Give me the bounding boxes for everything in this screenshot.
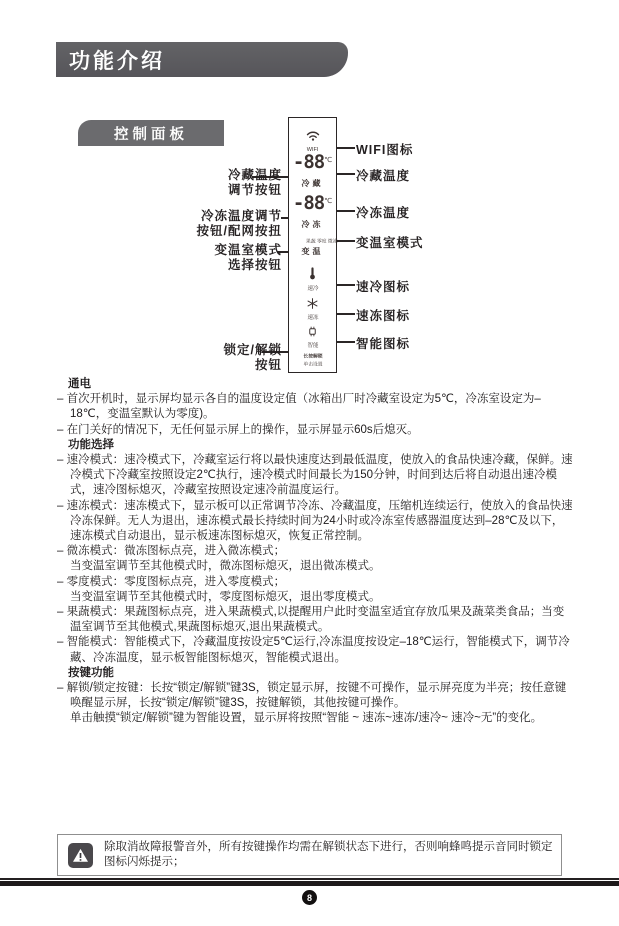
body-paragraph: – 解锁/锁定按键：长按“锁定/解锁”键3S，锁定显示屏，按键不可操作，显示屏亮…: [57, 681, 573, 711]
body-paragraph: – 微冻模式：微冻图标点亮，进入微冻模式；: [57, 544, 573, 559]
callout-line: [337, 240, 355, 242]
label-fridge-temp: 冷藏温度: [356, 166, 410, 184]
body-paragraph: – 速冻模式：速冻模式下，显示板可以正常调节冷冻、冷藏温度，压缩机连续运行，使放…: [57, 499, 573, 545]
body-paragraph: – 果蔬模式：果蔬图标点亮，进入果蔬模式,以提醒用户此时变温室适宜存放瓜果及蔬菜…: [57, 605, 573, 635]
body-paragraph: – 智能模式：智能模式下，冷藏温度按设定5℃运行,冷冻温度按设定–18℃运行，智…: [57, 635, 573, 665]
quick-freeze-text: 速冻: [289, 308, 336, 326]
footer-rule-thick: [0, 881, 619, 886]
warning-icon: [68, 843, 93, 868]
label-variable-room-mode: 变温室模式: [356, 233, 424, 251]
label-lock-unlock-button: 锁定/解锁 按钮: [120, 343, 282, 373]
label-variable-mode-select-button: 变温室模式 选择按钮: [120, 243, 282, 273]
callout-line: [337, 173, 355, 175]
page-title-bar: 功能介绍: [56, 42, 348, 77]
label-freezer-temp: 冷冻温度: [356, 203, 410, 221]
warning-note: 除取消故障报警音外，所有按键操作均需在解锁状态下进行，否则响蜂鸣提示音同时锁定图…: [57, 834, 562, 876]
body-paragraph: – 在门关好的情况下，无任何显示屏上的操作，显示屏显示60s后熄灭。: [57, 423, 573, 438]
label-quick-cool-icon: 速冷图标: [356, 277, 410, 295]
label-wifi-icon: WIFI图标: [356, 140, 413, 158]
variable-zone-label: 变温: [289, 246, 336, 257]
section-title: 控制面板: [114, 123, 188, 144]
callout-line: [337, 147, 355, 149]
body-paragraph: 当变温室调节至其他模式时，零度图标熄灭，退出零度模式。: [57, 590, 573, 605]
footer-rule-thin: [0, 878, 619, 880]
body-paragraph: – 零度模式：零度图标点亮，进入零度模式；: [57, 575, 573, 590]
warning-text: 除取消故障报警音外，所有按键操作均需在解锁状态下进行，否则响蜂鸣提示音同时锁定图…: [104, 840, 554, 870]
label-freezer-temp-network-button: 冷冻温度调节 按钮/配网按扭: [120, 209, 282, 239]
body-paragraph: 当变温室调节至其他模式时，微冻图标熄灭，退出微冻模式。: [57, 559, 573, 574]
callout-line: [337, 210, 355, 212]
quick-cool-text: 速冷: [289, 279, 336, 297]
label-quick-freeze-icon: 速冻图标: [356, 306, 410, 324]
label-smart-icon: 智能图标: [356, 334, 410, 352]
section-header-control-panel: 控制面板: [78, 120, 224, 146]
body-paragraph: – 首次开机时，显示屏均显示各自的温度设定值（冰箱出厂时冷藏室设定为5℃，冷冻室…: [57, 392, 573, 422]
lock-hint-line2: 单击设置: [289, 355, 336, 373]
fridge-temp-display: -88℃: [289, 151, 336, 173]
callout-line: [281, 217, 288, 219]
page-number-badge: 8: [302, 890, 317, 905]
section-heading: 功能选择: [57, 438, 573, 453]
callout-line: [337, 341, 355, 343]
body-paragraph: – 速冷模式：速冷模式下，冷藏室运行将以最快速度达到最低温度，使放入的食品快速冷…: [57, 453, 573, 499]
fridge-zone-label: 冷藏: [289, 178, 336, 189]
section-heading: 通电: [57, 377, 573, 392]
callout-line: [337, 284, 355, 286]
label-fridge-temp-button: 冷藏温度 调节按钮: [120, 168, 282, 198]
display-panel-diagram: WIFI -88℃ 冷藏 -88℃ 冷冻 果蔬 零度 微冻 变温 速冷 速冻 智…: [288, 117, 337, 373]
page-title: 功能介绍: [56, 45, 165, 75]
freezer-temp-display: -88℃: [289, 192, 336, 214]
freezer-zone-label: 冷冻: [289, 219, 336, 230]
manual-page: 功能介绍 控制面板 WIFI -88℃ 冷藏 -88℃ 冷冻 果蔬 零度 微冻 …: [0, 0, 619, 926]
section-heading: 按键功能: [57, 666, 573, 681]
body-text: 通电– 首次开机时，显示屏均显示各自的温度设定值（冰箱出厂时冷藏室设定为5℃，冷…: [57, 377, 573, 727]
body-paragraph: 单击触摸“锁定/解锁”键为智能设置，显示屏将按照“智能 ~ 速冻~速冻/速冷~ …: [57, 711, 573, 726]
callout-line: [337, 313, 355, 315]
